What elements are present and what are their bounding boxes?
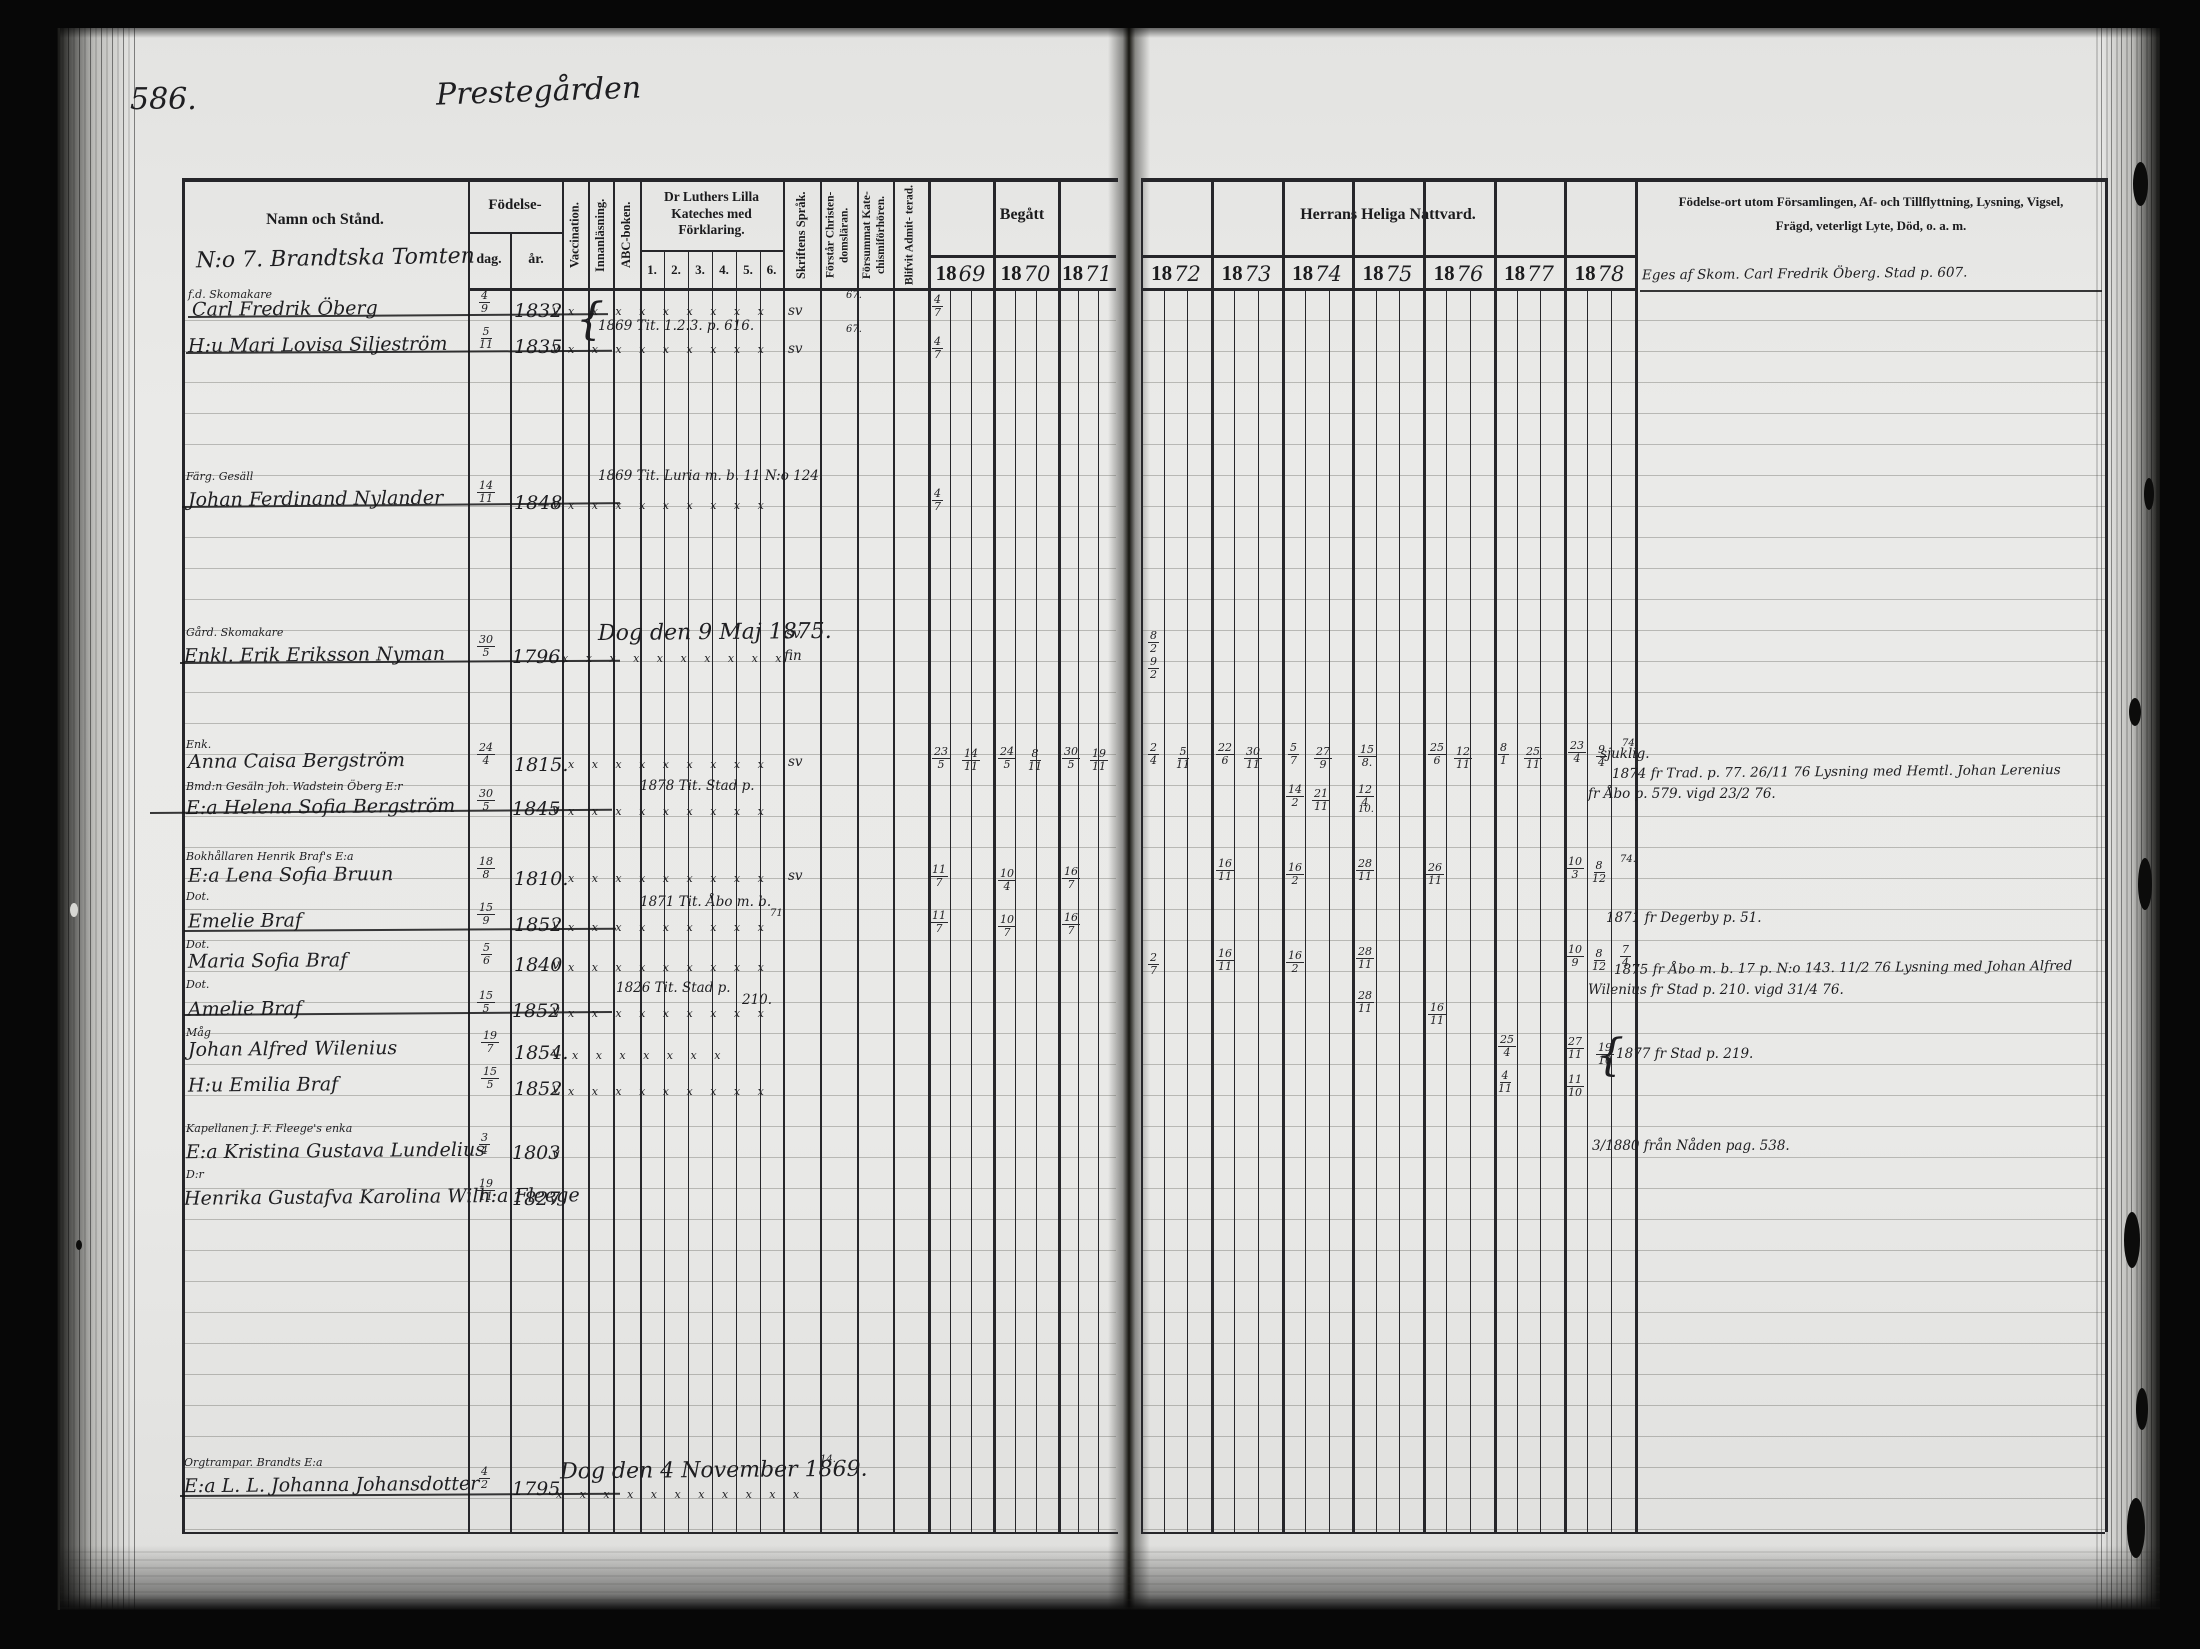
fraction-part: 30 bbox=[477, 634, 495, 647]
fraction-part: 11 bbox=[1568, 1049, 1582, 1061]
fraction-part: 5 bbox=[487, 1079, 494, 1091]
handwritten-annotation: 1871 Tit. Åbo m. b. bbox=[640, 894, 771, 910]
fraction-part: 11 bbox=[1456, 759, 1470, 771]
fraction-part: 11 bbox=[1430, 1015, 1444, 1027]
fraction-part: 19 bbox=[477, 1178, 495, 1191]
fraction-part: 11 bbox=[1498, 1083, 1512, 1095]
grid-vline bbox=[1282, 178, 1285, 1532]
header-vaccination: Vaccination. bbox=[562, 182, 588, 288]
fraction-part: 5 bbox=[481, 942, 492, 955]
year-cell-right: 1876 bbox=[1423, 256, 1494, 286]
handwritten-annotation: 3011 bbox=[1244, 746, 1262, 770]
grid-vline bbox=[613, 178, 615, 1532]
handwritten-annotation: 142 bbox=[1286, 784, 1304, 808]
grid-vline bbox=[1446, 290, 1447, 1532]
handwritten-annotation: 2811 bbox=[1356, 990, 1374, 1014]
handwritten-annotation: 245 bbox=[998, 746, 1016, 770]
handwritten-annotation: Dot. bbox=[186, 978, 209, 991]
handwritten-annotation: 1611 bbox=[1216, 858, 1234, 882]
grid-vline bbox=[1015, 290, 1016, 1532]
handwritten-annotation: N:o 7. Brandtska Tomten bbox=[196, 244, 475, 274]
handwritten-annotation: 1877 fr Stad p. 219. bbox=[1616, 1046, 1753, 1062]
handwritten-annotation: sv. bbox=[786, 626, 803, 642]
handwritten-annotation: v bbox=[552, 340, 560, 356]
fraction-part: 27 bbox=[1314, 746, 1332, 759]
handwritten-annotation: fin bbox=[784, 648, 802, 664]
handwritten-annotation: Enk. bbox=[186, 738, 211, 751]
grid-vline bbox=[1234, 290, 1235, 1532]
fraction-part: 15 bbox=[481, 1066, 499, 1079]
handwritten-annotation: sjuklig. bbox=[1600, 746, 1650, 762]
header-missed: Försummat Kate- chismiförhören. bbox=[857, 182, 893, 288]
handwritten-annotation: x x x x x x x x x bbox=[568, 499, 771, 512]
handwritten-annotation: 155 bbox=[477, 990, 495, 1014]
fraction-part: 5 bbox=[1004, 759, 1011, 771]
handwritten-annotation: 1795 bbox=[512, 1478, 560, 1500]
handwritten-annotation: 305 bbox=[1062, 746, 1080, 770]
fraction-part: 16 bbox=[1062, 866, 1080, 879]
header-birth: Födelse- bbox=[468, 190, 562, 220]
handwritten-annotation: 1911 bbox=[477, 1178, 495, 1202]
handwritten-annotation: 812 bbox=[1592, 948, 1606, 972]
fraction-part: 11 bbox=[1218, 961, 1232, 973]
handwritten-annotation: Anna Caisa Bergström bbox=[188, 749, 405, 773]
handwritten-annotation: 1911 bbox=[1090, 748, 1108, 772]
bottom-shadow bbox=[60, 1545, 2160, 1610]
handwritten-annotation: 117 bbox=[930, 910, 948, 934]
handwritten-annotation: v bbox=[552, 303, 560, 319]
fraction-part: 28 bbox=[1356, 946, 1374, 959]
year-printed: 18 bbox=[1575, 261, 1596, 286]
fraction-part: 4 bbox=[481, 1145, 488, 1157]
handwritten-annotation: Dot. bbox=[186, 938, 209, 951]
handwritten-annotation: sv bbox=[788, 754, 803, 770]
year-cell-left: 1871 bbox=[1058, 256, 1116, 286]
fraction-part: 15 bbox=[477, 902, 495, 915]
handwritten-annotation: Kapellanen J. F. Fleege's enka bbox=[186, 1122, 352, 1135]
header-communion: Herrans Heliga Nattvard. bbox=[1141, 200, 1635, 230]
handwritten-annotation: Amelie Braf bbox=[188, 998, 302, 1021]
handwritten-annotation: 107 bbox=[998, 914, 1016, 938]
grid-vline bbox=[1187, 290, 1188, 1532]
fraction-part: 7 bbox=[1150, 965, 1157, 977]
grid-vline bbox=[1058, 178, 1061, 1532]
grid-vline bbox=[1494, 178, 1497, 1532]
year-cell-right: 1874 bbox=[1282, 256, 1352, 286]
year-cell-right: 1872 bbox=[1141, 256, 1211, 286]
grid-vline bbox=[1517, 290, 1518, 1532]
grid-vline bbox=[783, 178, 785, 1532]
fraction-part: 10 bbox=[998, 914, 1016, 927]
fraction-part: 10 bbox=[1566, 944, 1584, 957]
handwritten-annotation: 305 bbox=[477, 634, 495, 658]
handwritten-annotation: 14. bbox=[820, 1454, 836, 1465]
grid-vline bbox=[1587, 290, 1588, 1532]
edge-speck bbox=[70, 903, 78, 917]
handwritten-annotation: 49 bbox=[479, 290, 490, 314]
fraction-part: 5 bbox=[938, 759, 945, 771]
handwritten-annotation: 10. bbox=[1358, 804, 1374, 815]
fraction-part: 2 bbox=[1148, 742, 1159, 755]
fraction-part: 11 bbox=[1246, 759, 1260, 771]
grid-vline bbox=[1098, 290, 1099, 1532]
edge-blotch bbox=[2144, 478, 2154, 510]
grid-vline bbox=[928, 178, 931, 1532]
handwritten-annotation: sv bbox=[788, 868, 803, 884]
edge-blotch bbox=[2133, 162, 2148, 206]
grid-vline bbox=[182, 178, 185, 1532]
grid-vline bbox=[993, 178, 996, 1532]
year-printed: 18 bbox=[1062, 261, 1083, 286]
fraction-part: 10 bbox=[998, 868, 1016, 881]
handwritten-annotation: x x x x x x x x x bbox=[568, 872, 771, 885]
fraction-part: 21 bbox=[1312, 788, 1330, 801]
handwritten-annotation: 1878 Tit. Stad p. bbox=[640, 778, 755, 794]
handwritten-annotation: sv bbox=[788, 303, 803, 319]
handwritten-annotation: Måg bbox=[186, 1026, 211, 1039]
year-printed: 18 bbox=[1434, 261, 1455, 286]
fraction-part: 7 bbox=[934, 349, 941, 361]
fraction-part: 5 bbox=[1288, 742, 1299, 755]
grid-vline bbox=[1470, 290, 1471, 1532]
grid-vline bbox=[1164, 290, 1165, 1532]
fraction-part: 3 bbox=[479, 1132, 490, 1145]
handwritten-annotation: 1869 Tit. 1.2.3. p. 616. bbox=[598, 318, 754, 334]
edge-blotch bbox=[2138, 858, 2152, 910]
handwritten-annotation: 2811 bbox=[1356, 946, 1374, 970]
fraction-part: 24 bbox=[998, 746, 1016, 759]
handwritten-annotation: 234 bbox=[1568, 740, 1586, 764]
fraction-part: 14 bbox=[477, 480, 495, 493]
fraction-part: 25 bbox=[1498, 1034, 1516, 1047]
grid-vline bbox=[588, 178, 590, 1532]
year-cell-right: 1875 bbox=[1352, 256, 1423, 286]
grid-vline bbox=[1352, 178, 1355, 1532]
fraction-part: 16 bbox=[1286, 862, 1304, 875]
handwritten-annotation: Orgtrampar. Brandts E:a bbox=[184, 1456, 323, 1469]
fraction-part: 5 bbox=[483, 647, 490, 659]
header-name: Namn och Stånd. bbox=[182, 200, 468, 240]
handwritten-annotation: 210. bbox=[742, 992, 772, 1008]
fraction-part: 5 bbox=[1178, 746, 1189, 759]
year-cell-right: 1878 bbox=[1564, 256, 1635, 286]
year-handwritten: 73 bbox=[1245, 262, 1272, 286]
header-understands: Förstår Christen- domsläran. bbox=[820, 182, 857, 288]
handwritten-annotation: v bbox=[550, 1192, 558, 1208]
fraction-part: 4 bbox=[1004, 881, 1011, 893]
fraction-part: 30 bbox=[477, 788, 495, 801]
grid-hline bbox=[182, 178, 1118, 182]
fraction-part: 11 bbox=[1314, 801, 1328, 813]
fraction-part: 9 bbox=[1572, 957, 1579, 969]
handwritten-annotation: v bbox=[552, 957, 560, 973]
fraction-part: 7 bbox=[936, 877, 943, 889]
fraction-part: 8 bbox=[1030, 748, 1041, 761]
fraction-part: 2 bbox=[481, 1479, 488, 1491]
grid-vline bbox=[1423, 178, 1426, 1532]
handwritten-annotation: 56 bbox=[481, 942, 492, 966]
grid-vline bbox=[1141, 178, 1143, 1532]
fraction-part: 11 bbox=[479, 1191, 493, 1203]
handwritten-annotation: 92 bbox=[1148, 656, 1159, 680]
fraction-part: 5 bbox=[481, 326, 492, 339]
year-cell-left: 1869 bbox=[928, 256, 993, 286]
handwritten-annotation: 1815. bbox=[514, 754, 568, 776]
grid-hline bbox=[468, 232, 562, 234]
grid-hline bbox=[468, 288, 1116, 291]
handwritten-annotation: 1871 fr Degerby p. 51. bbox=[1606, 910, 1762, 926]
fraction-part: 12 bbox=[1356, 784, 1374, 797]
fraction-part: 2 bbox=[1150, 643, 1157, 655]
handwritten-annotation: 47 bbox=[932, 488, 943, 512]
year-printed: 18 bbox=[1363, 261, 1384, 286]
fraction-part: 16 bbox=[1216, 948, 1234, 961]
fraction-part: 30 bbox=[1062, 746, 1080, 759]
year-handwritten: 69 bbox=[959, 262, 986, 286]
fraction-part: 4 bbox=[1504, 1047, 1511, 1059]
year-printed: 18 bbox=[1222, 261, 1243, 286]
fraction-part: 4 bbox=[479, 290, 490, 303]
fraction-part: 11 bbox=[479, 339, 493, 351]
grid-vline bbox=[1399, 290, 1400, 1532]
handwritten-annotation: 279 bbox=[1314, 746, 1332, 770]
grid-vline bbox=[688, 250, 689, 1532]
handwritten-annotation: 3/1880 från Nåden pag. 538. bbox=[1592, 1138, 1790, 1154]
handwritten-annotation: Eges af Skom. Carl Fredrik Öberg. Stad p… bbox=[1642, 265, 1968, 284]
header-scripture: Skriftens Språk. bbox=[783, 182, 820, 288]
fraction-part: 24 bbox=[477, 742, 495, 755]
fraction-part: 25 bbox=[1428, 742, 1446, 755]
fraction-part: 8 bbox=[1148, 630, 1159, 643]
top-shadow bbox=[60, 28, 2160, 38]
handwritten-annotation: Gård. Skomakare bbox=[186, 626, 283, 639]
handwritten-annotation: 812 bbox=[1592, 860, 1606, 884]
year-printed: 18 bbox=[1001, 261, 1022, 286]
handwritten-annotation: 254 bbox=[1498, 1034, 1516, 1058]
handwritten-annotation: 74. bbox=[1620, 854, 1636, 865]
year-printed: 18 bbox=[936, 261, 957, 286]
fraction-part: 7 bbox=[936, 923, 943, 935]
fraction-part: 11 bbox=[1526, 759, 1540, 771]
fraction-part: 7 bbox=[1620, 944, 1631, 957]
grid-vline bbox=[1540, 290, 1541, 1532]
handwritten-annotation: 511 bbox=[1176, 746, 1190, 770]
handwritten-annotation: 1854. bbox=[514, 1042, 568, 1064]
handwritten-annotation: 188 bbox=[477, 856, 495, 880]
fraction-part: 10 bbox=[1568, 1087, 1582, 1099]
fraction-part: 9 bbox=[1148, 656, 1159, 669]
handwritten-annotation: 159 bbox=[477, 902, 495, 926]
handwritten-annotation: 1810. bbox=[514, 868, 568, 890]
fraction-part: 7 bbox=[934, 307, 941, 319]
grid-vline bbox=[1258, 290, 1259, 1532]
handwritten-annotation: v bbox=[552, 1045, 560, 1061]
fraction-part: 16 bbox=[1428, 1002, 1446, 1015]
grid-hline bbox=[640, 250, 783, 252]
year-cell-left: 1870 bbox=[993, 256, 1058, 286]
edge-blotch bbox=[2127, 1498, 2145, 1558]
year-handwritten: 78 bbox=[1598, 262, 1625, 286]
header-catechism-col: 6. bbox=[760, 255, 783, 285]
handwritten-annotation: 47 bbox=[932, 294, 943, 318]
handwritten-annotation: E:a Kristina Gustava Lundelius bbox=[186, 1139, 485, 1164]
handwritten-annotation: 244 bbox=[477, 742, 495, 766]
handwritten-annotation: Bmd:n Gesäln Joh. Wadstein Öberg E:r bbox=[186, 780, 403, 793]
grid-hline bbox=[1141, 178, 2105, 182]
handwritten-annotation: 162 bbox=[1286, 862, 1304, 886]
handwritten-annotation: 2711 bbox=[1566, 1036, 1584, 1060]
header-notes-line1: Födelse-ort utom Församlingen, Af- och T… bbox=[1650, 192, 2092, 212]
handwritten-annotation: 1611 bbox=[1216, 948, 1234, 972]
handwritten-annotation: 81 bbox=[1498, 742, 1509, 766]
grid-vline bbox=[640, 178, 642, 1532]
fraction-part: 11 bbox=[1428, 875, 1442, 887]
fraction-part: 25 bbox=[1524, 746, 1542, 759]
fraction-part: 30 bbox=[1244, 746, 1262, 759]
handwritten-annotation: 155 bbox=[481, 1066, 499, 1090]
fraction-part: 23 bbox=[1568, 740, 1586, 753]
handwritten-annotation: v bbox=[552, 1146, 560, 1162]
scanned-document: 586. Prestegården Namn och Stånd. Födels… bbox=[0, 0, 2200, 1649]
fraction-part: 11 bbox=[1218, 871, 1232, 883]
edge-blotch bbox=[2129, 698, 2141, 726]
fraction-part: 2 bbox=[1292, 875, 1299, 887]
handwritten-annotation: x x x x x x x bbox=[572, 1049, 727, 1062]
handwritten-annotation: 67. bbox=[846, 324, 862, 335]
handwritten-annotation: 1796. bbox=[512, 646, 566, 668]
grid-hline bbox=[182, 1532, 1118, 1534]
handwritten-annotation: 2511 bbox=[1524, 746, 1542, 770]
handwritten-annotation: 34 bbox=[479, 1132, 490, 1156]
fraction-part: 2 bbox=[1292, 797, 1299, 809]
fraction-part: 11 bbox=[1566, 1074, 1584, 1087]
year-handwritten: 77 bbox=[1527, 262, 1554, 286]
fraction-part: 9 bbox=[481, 303, 488, 315]
fraction-part: 12 bbox=[1592, 873, 1606, 885]
grid-vline bbox=[1078, 290, 1079, 1532]
handwritten-annotation: Wilenius fr Stad p. 210. vigd 31/4 76. bbox=[1588, 982, 1844, 998]
fraction-part: 6 bbox=[1222, 755, 1229, 767]
fraction-part: 4 bbox=[1150, 755, 1157, 767]
grid-vline bbox=[1036, 290, 1037, 1532]
handwritten-annotation: 1411 bbox=[477, 480, 495, 504]
fraction-part: 7 bbox=[487, 1043, 494, 1055]
fraction-part: 11 bbox=[1358, 959, 1372, 971]
fraction-part: 4 bbox=[932, 488, 943, 501]
handwritten-annotation: v bbox=[552, 1081, 560, 1097]
year-printed: 18 bbox=[1292, 261, 1313, 286]
fraction-part: 11 bbox=[1176, 759, 1190, 771]
header-catechism-col: 2. bbox=[664, 255, 688, 285]
handwritten-annotation: 47 bbox=[932, 336, 943, 360]
handwritten-annotation: 811 bbox=[1028, 748, 1042, 772]
fraction-part: 11 bbox=[1358, 871, 1372, 883]
grid-vline bbox=[468, 178, 470, 1532]
handwritten-annotation: 103 bbox=[1566, 856, 1584, 880]
handwritten-annotation: 2611 bbox=[1426, 862, 1444, 886]
edge-blotch bbox=[2124, 1212, 2140, 1268]
grid-vline bbox=[950, 290, 951, 1532]
header-admitted: Blifvit Admit- terad. bbox=[893, 182, 928, 288]
year-handwritten: 74 bbox=[1315, 262, 1342, 286]
handwritten-annotation: E:a Lena Sofia Bruun bbox=[188, 863, 394, 887]
strike-line bbox=[1640, 290, 2102, 292]
fraction-part: 11 bbox=[930, 864, 948, 877]
handwritten-annotation: Färg. Gesäll bbox=[186, 470, 253, 483]
handwritten-annotation: 104 bbox=[998, 868, 1016, 892]
grid-vline bbox=[510, 232, 512, 1532]
year-printed: 18 bbox=[1504, 261, 1525, 286]
handwritten-annotation: E:a Helena Sofia Bergström bbox=[186, 795, 455, 819]
handwritten-annotation: 67. bbox=[846, 290, 862, 301]
handwritten-annotation: 42 bbox=[479, 1466, 490, 1490]
fraction-part: 11 bbox=[964, 761, 978, 773]
header-abc: ABC-boken. bbox=[613, 182, 640, 288]
handwritten-annotation: 57 bbox=[1288, 742, 1299, 766]
fraction-part: 16 bbox=[1286, 950, 1304, 963]
handwritten-annotation: 109 bbox=[1566, 944, 1584, 968]
grid-vline bbox=[1329, 290, 1330, 1532]
year-printed: 18 bbox=[1151, 261, 1172, 286]
fraction-part: 18 bbox=[477, 856, 495, 869]
fraction-part: 9 bbox=[1320, 759, 1327, 771]
handwritten-annotation: 117 bbox=[930, 864, 948, 888]
header-catechism-col: 5. bbox=[736, 255, 760, 285]
handwritten-annotation: 71 bbox=[770, 908, 783, 919]
page-number: 586. bbox=[130, 82, 197, 117]
fraction-part: 4 bbox=[1574, 753, 1581, 765]
handwritten-annotation: 27 bbox=[1148, 952, 1159, 976]
fraction-part: 7 bbox=[934, 501, 941, 513]
handwritten-annotation: 511 bbox=[479, 326, 493, 350]
fraction-part: 6 bbox=[483, 955, 490, 967]
fraction-part: 4 bbox=[479, 1466, 490, 1479]
year-cell-right: 1877 bbox=[1494, 256, 1564, 286]
grid-vline bbox=[1376, 290, 1377, 1532]
handwritten-annotation: 197 bbox=[481, 1030, 499, 1054]
fraction-part: 27 bbox=[1566, 1036, 1584, 1049]
fraction-part: 2 bbox=[1150, 669, 1157, 681]
handwritten-annotation: 2111 bbox=[1312, 788, 1330, 812]
fraction-part: 11 bbox=[1358, 1003, 1372, 1015]
fraction-part: 11 bbox=[1092, 761, 1106, 773]
left-page-edge bbox=[57, 28, 139, 1610]
fraction-part: 8 bbox=[1498, 742, 1509, 755]
page-title-handwritten: Prestegården bbox=[435, 70, 641, 112]
handwritten-annotation: x x x x x x x x x bbox=[568, 1085, 771, 1098]
fraction-part: 7 bbox=[1068, 879, 1075, 891]
handwritten-annotation: 305 bbox=[477, 788, 495, 812]
grid-vline bbox=[562, 178, 564, 1532]
header-catechism-col: 3. bbox=[688, 255, 712, 285]
handwritten-annotation: 158. bbox=[1358, 744, 1376, 768]
handwritten-annotation: x x x x x x x x x bbox=[568, 1007, 771, 1020]
grid-vline bbox=[736, 250, 737, 1532]
fraction-part: 28 bbox=[1356, 990, 1374, 1003]
handwritten-annotation: 235 bbox=[932, 746, 950, 770]
fraction-part: 16 bbox=[1216, 858, 1234, 871]
handwritten-annotation: 1826 Tit. Stad p. bbox=[616, 980, 731, 996]
handwritten-annotation: 1411 bbox=[962, 748, 980, 772]
handwritten-annotation: H:u Emilia Braf bbox=[188, 1073, 338, 1096]
edge-speck bbox=[76, 1240, 82, 1250]
fraction-part: 7 bbox=[1290, 755, 1297, 767]
grid-vline bbox=[760, 250, 761, 1532]
year-handwritten: 70 bbox=[1024, 262, 1051, 286]
handwritten-annotation: 1869 Tit. Luria m. b. 11 N:o 124. bbox=[598, 468, 823, 484]
fraction-part: 14 bbox=[1286, 784, 1304, 797]
fraction-part: 8. bbox=[1362, 757, 1373, 769]
